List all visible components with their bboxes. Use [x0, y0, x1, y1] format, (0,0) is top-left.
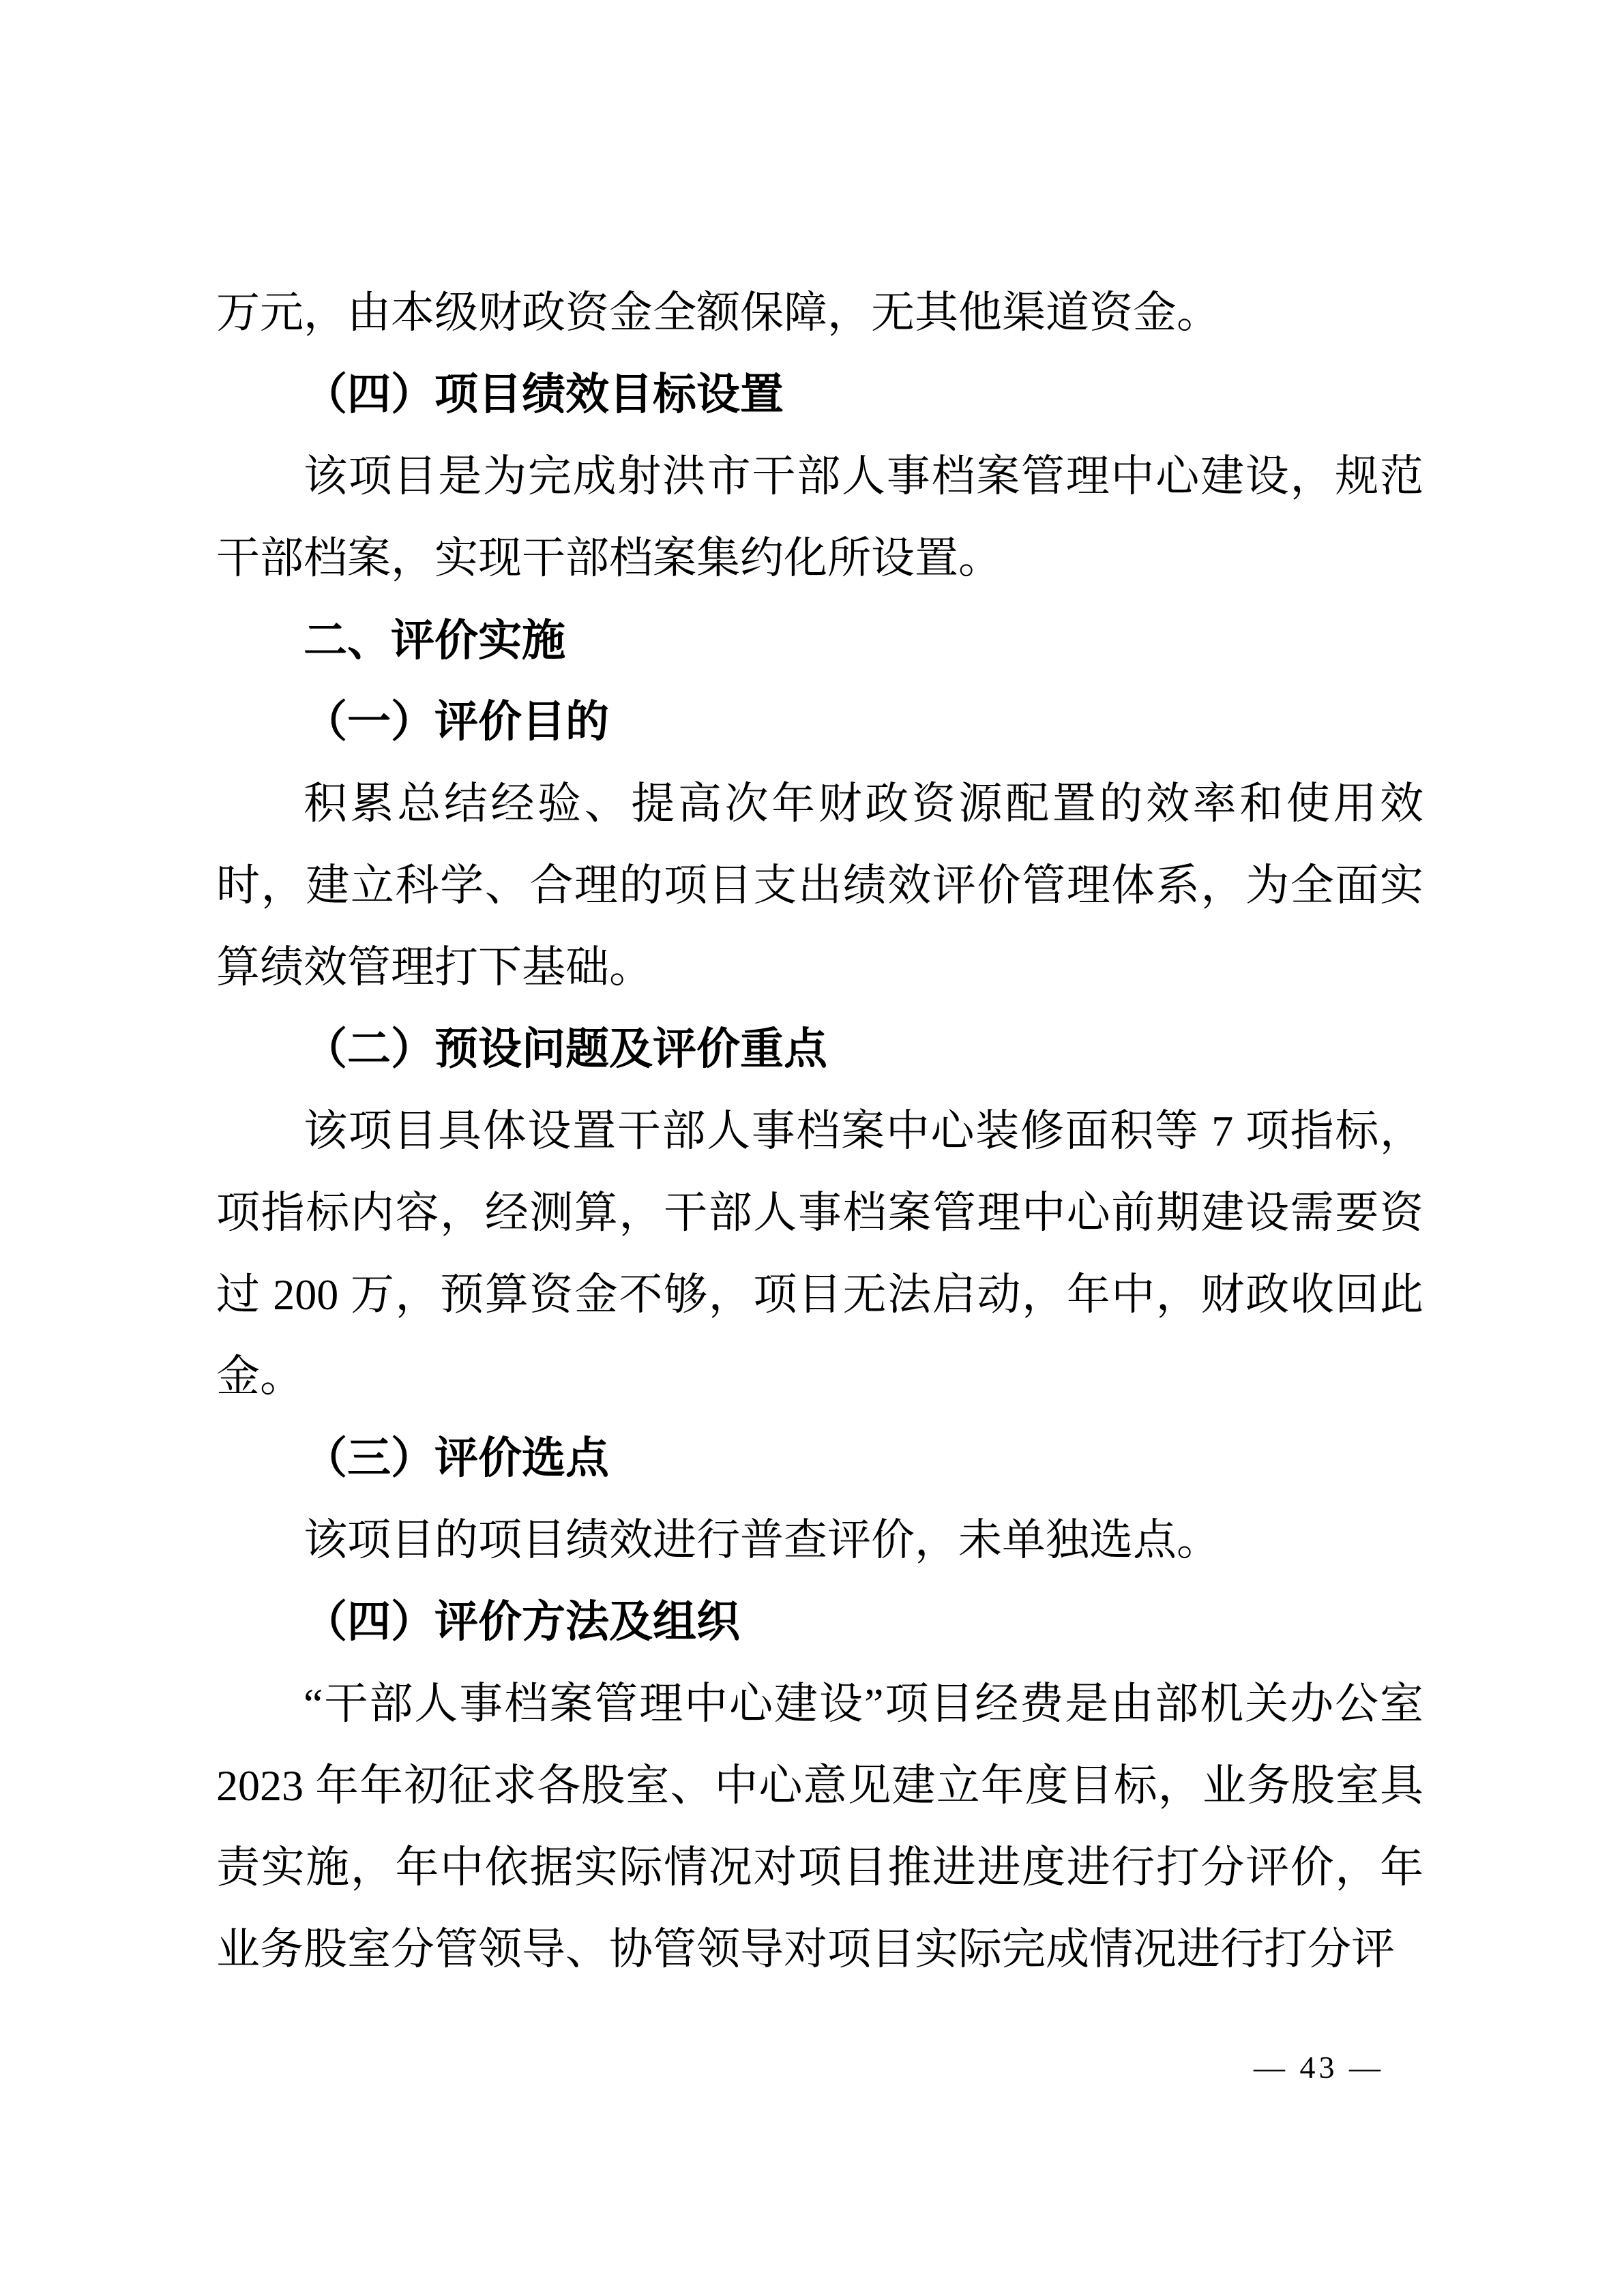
body-line: 过 200 万，预算资金不够，项目无法启动，年中，财政收回此笔资: [216, 1254, 1423, 1336]
body-line: 该项目是为完成射洪市干部人事档案管理中心建设，规范管理: [216, 436, 1423, 518]
body-line: 该项目的项目绩效进行普查评价，未单独选点。: [216, 1500, 1423, 1581]
page-number: — 43 —: [1254, 2046, 1384, 2089]
body-line: 万元，由本级财政资金全额保障，无其他渠道资金。: [216, 272, 1423, 354]
body-line: 干部档案，实现干部档案集约化所设置。: [216, 518, 1423, 599]
heading-evaluation-implementation: 二、评价实施: [216, 599, 1423, 681]
subheading-performance-target-setting: （四）项目绩效目标设置: [216, 354, 1423, 436]
body-line: 2023 年年初征求各股室、中心意见建立年度目标，业务股室具体负: [216, 1745, 1423, 1827]
body-line: 金。: [216, 1336, 1423, 1418]
body-line: “干部人事档案管理中心建设”项目经费是由部机关办公室在: [216, 1663, 1423, 1745]
subheading-evaluation-site-selection: （三）评价选点: [216, 1418, 1423, 1500]
body-line: 积累总结经验、提高次年财政资源配置的效率和使用效益；同: [216, 763, 1423, 845]
body-line: 项指标内容，经测算，干部人事档案管理中心前期建设需要资金超: [216, 1172, 1423, 1254]
document-page: 万元，由本级财政资金全额保障，无其他渠道资金。 （四）项目绩效目标设置 该项目是…: [216, 272, 1423, 1991]
subheading-preset-questions: （二）预设问题及评价重点: [216, 1009, 1423, 1090]
body-line: 算绩效管理打下基础。: [216, 927, 1423, 1009]
body-line: 责实施，年中依据实际情况对项目推进进度进行打分评价，年底由: [216, 1827, 1423, 1909]
subheading-evaluation-method: （四）评价方法及组织: [216, 1581, 1423, 1663]
body-line: 该项目具体设置干部人事档案中心装修面积等 7 项指标，完成 0: [216, 1090, 1423, 1172]
body-line: 时，建立科学、合理的项目支出绩效评价管理体系，为全面实施预: [216, 845, 1423, 927]
body-line: 业务股室分管领导、协管领导对项目实际完成情况进行打分评价。: [216, 1909, 1423, 1991]
subheading-evaluation-purpose: （一）评价目的: [216, 681, 1423, 763]
